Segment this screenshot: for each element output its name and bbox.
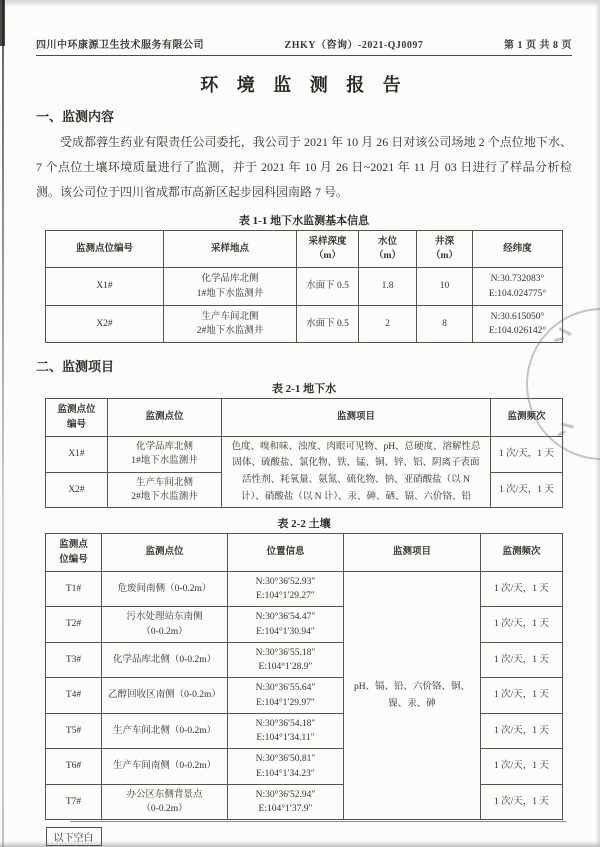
table-row: T1# 危废间南侧（0-0.2m） N:30°36′52.93″ E:104°1… [46,571,563,607]
coords-cell: N:30°36′55.18″ E:104°1′28.9″ [228,642,344,678]
frequency-cell: 1 次/天，1 天 [481,571,563,607]
table-header-row: 监测点位 编号 监测点位 监测项目 监测频次 [46,399,563,437]
coords-cell: N:30°36′50.81″ E:104°1′34.23″ [228,749,344,785]
point-id-cell: X1# [46,436,108,472]
well-depth-cell: 10 [417,268,473,306]
scanned-report-page: 四川中环康源卫生技术服务有限公司 ZHKY（咨询）-2021-QJ0097 第 … [0,0,600,847]
point-id-cell: X2# [46,472,108,508]
location-cell: 生产车间北侧（0-0.2m） [102,713,228,749]
location-cell: 生产车间北侧 2#地下水监测井 [108,472,222,508]
scan-corner-artifact [0,0,5,46]
col-header: 监测点位编号 [46,230,164,268]
location-cell: 生产车间南侧（0-0.2m） [102,749,228,785]
scan-edge-left [2,0,4,847]
soil-table: 监测点 位编号 监测点位 位置信息 监测项目 监测频次 T1# 危废间南侧（0-… [45,533,563,820]
table-row: X1# 化学品库北侧 1#地下水监测井 色度、嗅和味、浊度、肉眼可见物、pH、总… [46,436,563,472]
table-row: X2# 生产车间北侧 2#地下水监测井 水面下 0.5 2 8 N:30.615… [46,305,563,343]
monitoring-items-cell: 色度、嗅和味、浊度、肉眼可见物、pH、总硬度、溶解性总固体、硫酸盐、氯化物、铁、… [222,436,491,508]
col-header: 监测点位 编号 [46,399,108,437]
col-header: 监测点 位编号 [46,534,102,572]
frequency-cell: 1 次/天，1 天 [491,472,563,508]
footer-rule [70,821,566,822]
section2-heading: 二、监测项目 [36,356,572,375]
depth-cell: 水面下 0.5 [297,268,359,306]
location-cell: 办公区东侧背景点 （0-0.2m） [102,784,228,820]
coords-cell: N:30.732083° E:104.024775° [473,268,563,306]
col-header: 经纬度 [473,230,563,268]
table2-caption: 表 2-1 地下水 [36,380,572,396]
section1-heading: 一、监测内容 [36,106,572,125]
table-header-row: 监测点 位编号 监测点位 位置信息 监测项目 监测频次 [46,534,563,572]
point-id-cell: X1# [46,268,164,306]
coords-cell: N:30°36′54.18″ E:104°1′34.11″ [228,713,344,749]
well-depth-cell: 8 [417,305,473,343]
water-level-cell: 2 [359,305,417,343]
frequency-cell: 1 次/天，1 天 [481,713,563,749]
point-id-cell: T5# [46,713,102,749]
scan-edge-top [0,0,600,7]
table3-caption: 表 2-2 土壤 [36,515,572,531]
point-id-cell: T4# [46,678,102,714]
coords-cell: N:30°36′52.94″ E:104°1′37.9″ [228,784,344,820]
col-header: 水位 （m） [359,230,417,268]
groundwater-info-table: 监测点位编号 采样地点 采样深度 （m） 水位 （m） 井深 （m） 经纬度 X… [45,230,563,344]
blank-below-note: 以下空白 [46,827,102,846]
page-header: 四川中环康源卫生技术服务有限公司 ZHKY（咨询）-2021-QJ0097 第 … [36,36,572,56]
col-header: 采样地点 [164,230,297,268]
section1-paragraph: 受成都蓉生药业有限责任公司委托，我公司于 2021 年 10 月 26 日对该公… [36,130,572,205]
table-row: X1# 化学品库北侧 1#地下水监测井 水面下 0.5 1.8 10 N:30.… [46,268,563,306]
location-cell: 化学品库北侧 1#地下水监测井 [108,436,222,472]
col-header: 监测点位 [108,399,222,437]
col-header: 采样深度 （m） [297,230,359,268]
table-row: T5# 生产车间北侧（0-0.2m） N:30°36′54.18″ E:104°… [46,713,563,749]
location-cell: 化学品库北侧 1#地下水监测井 [164,268,297,306]
location-cell: 生产车间北侧 2#地下水监测井 [164,305,297,343]
col-header: 监测项目 [344,534,481,572]
frequency-cell: 1 次/天，1 天 [481,642,563,678]
location-cell: 危废间南侧（0-0.2m） [102,571,228,607]
document-number: ZHKY（咨询）-2021-QJ0097 [285,36,424,51]
document-body: 四川中环康源卫生技术服务有限公司 ZHKY（咨询）-2021-QJ0097 第 … [36,36,572,846]
water-level-cell: 1.8 [359,268,417,306]
location-cell: 化学品库北侧（0-0.2m） [102,642,228,678]
point-id-cell: X2# [46,305,164,343]
location-cell: 污水处理站东南侧 （0-0.2m） [102,607,228,643]
point-id-cell: T1# [46,571,102,607]
point-id-cell: T6# [46,749,102,785]
col-header: 位置信息 [228,534,344,572]
coords-cell: N:30°36′52.93″ E:104°1′29.27″ [228,571,344,607]
groundwater-items-table: 监测点位 编号 监测点位 监测项目 监测频次 X1# 化学品库北侧 1#地下水监… [45,398,563,508]
coords-cell: N:30°36′55.64″ E:104°1′29.97″ [228,678,344,714]
coords-cell: N:30°36′54.47″ E:104°1′30.94″ [228,607,344,643]
point-id-cell: T2# [46,607,102,643]
table-row: T6# 生产车间南侧（0-0.2m） N:30°36′50.81″ E:104°… [46,749,563,785]
col-header: 监测点位 [102,534,228,572]
frequency-cell: 1 次/天，1 天 [481,749,563,785]
page-indicator: 第 1 页 共 8 页 [504,36,572,51]
monitoring-items-cell: pH、镉、铅、六价铬、铜、 镍、汞、砷 [344,571,481,820]
depth-cell: 水面下 0.5 [297,305,359,343]
table1-caption: 表 1-1 地下水监测基本信息 [36,212,572,228]
col-header: 监测频次 [481,534,563,572]
point-id-cell: T7# [46,784,102,820]
table-row: T2# 污水处理站东南侧 （0-0.2m） N:30°36′54.47″ E:1… [46,607,563,643]
location-cell: 乙醇回收区南侧（0-0.2m） [102,678,228,714]
table-row: T3# 化学品库北侧（0-0.2m） N:30°36′55.18″ E:104°… [46,642,563,678]
table-row: T4# 乙醇回收区南侧（0-0.2m） N:30°36′55.64″ E:104… [46,678,563,714]
point-id-cell: T3# [46,642,102,678]
table-row: T7# 办公区东侧背景点 （0-0.2m） N:30°36′52.94″ E:1… [46,784,563,820]
blank-note-wrapper: 以下空白 [46,827,563,846]
company-name: 四川中环康源卫生技术服务有限公司 [36,36,204,51]
frequency-cell: 1 次/天，1 天 [481,678,563,714]
report-title: 环 境 监 测 报 告 [36,71,572,97]
frequency-cell: 1 次/天，1 天 [481,784,563,820]
table-header-row: 监测点位编号 采样地点 采样深度 （m） 水位 （m） 井深 （m） 经纬度 [46,230,563,268]
col-header: 井深 （m） [417,230,473,268]
col-header: 监测项目 [222,399,491,437]
frequency-cell: 1 次/天，1 天 [481,607,563,643]
